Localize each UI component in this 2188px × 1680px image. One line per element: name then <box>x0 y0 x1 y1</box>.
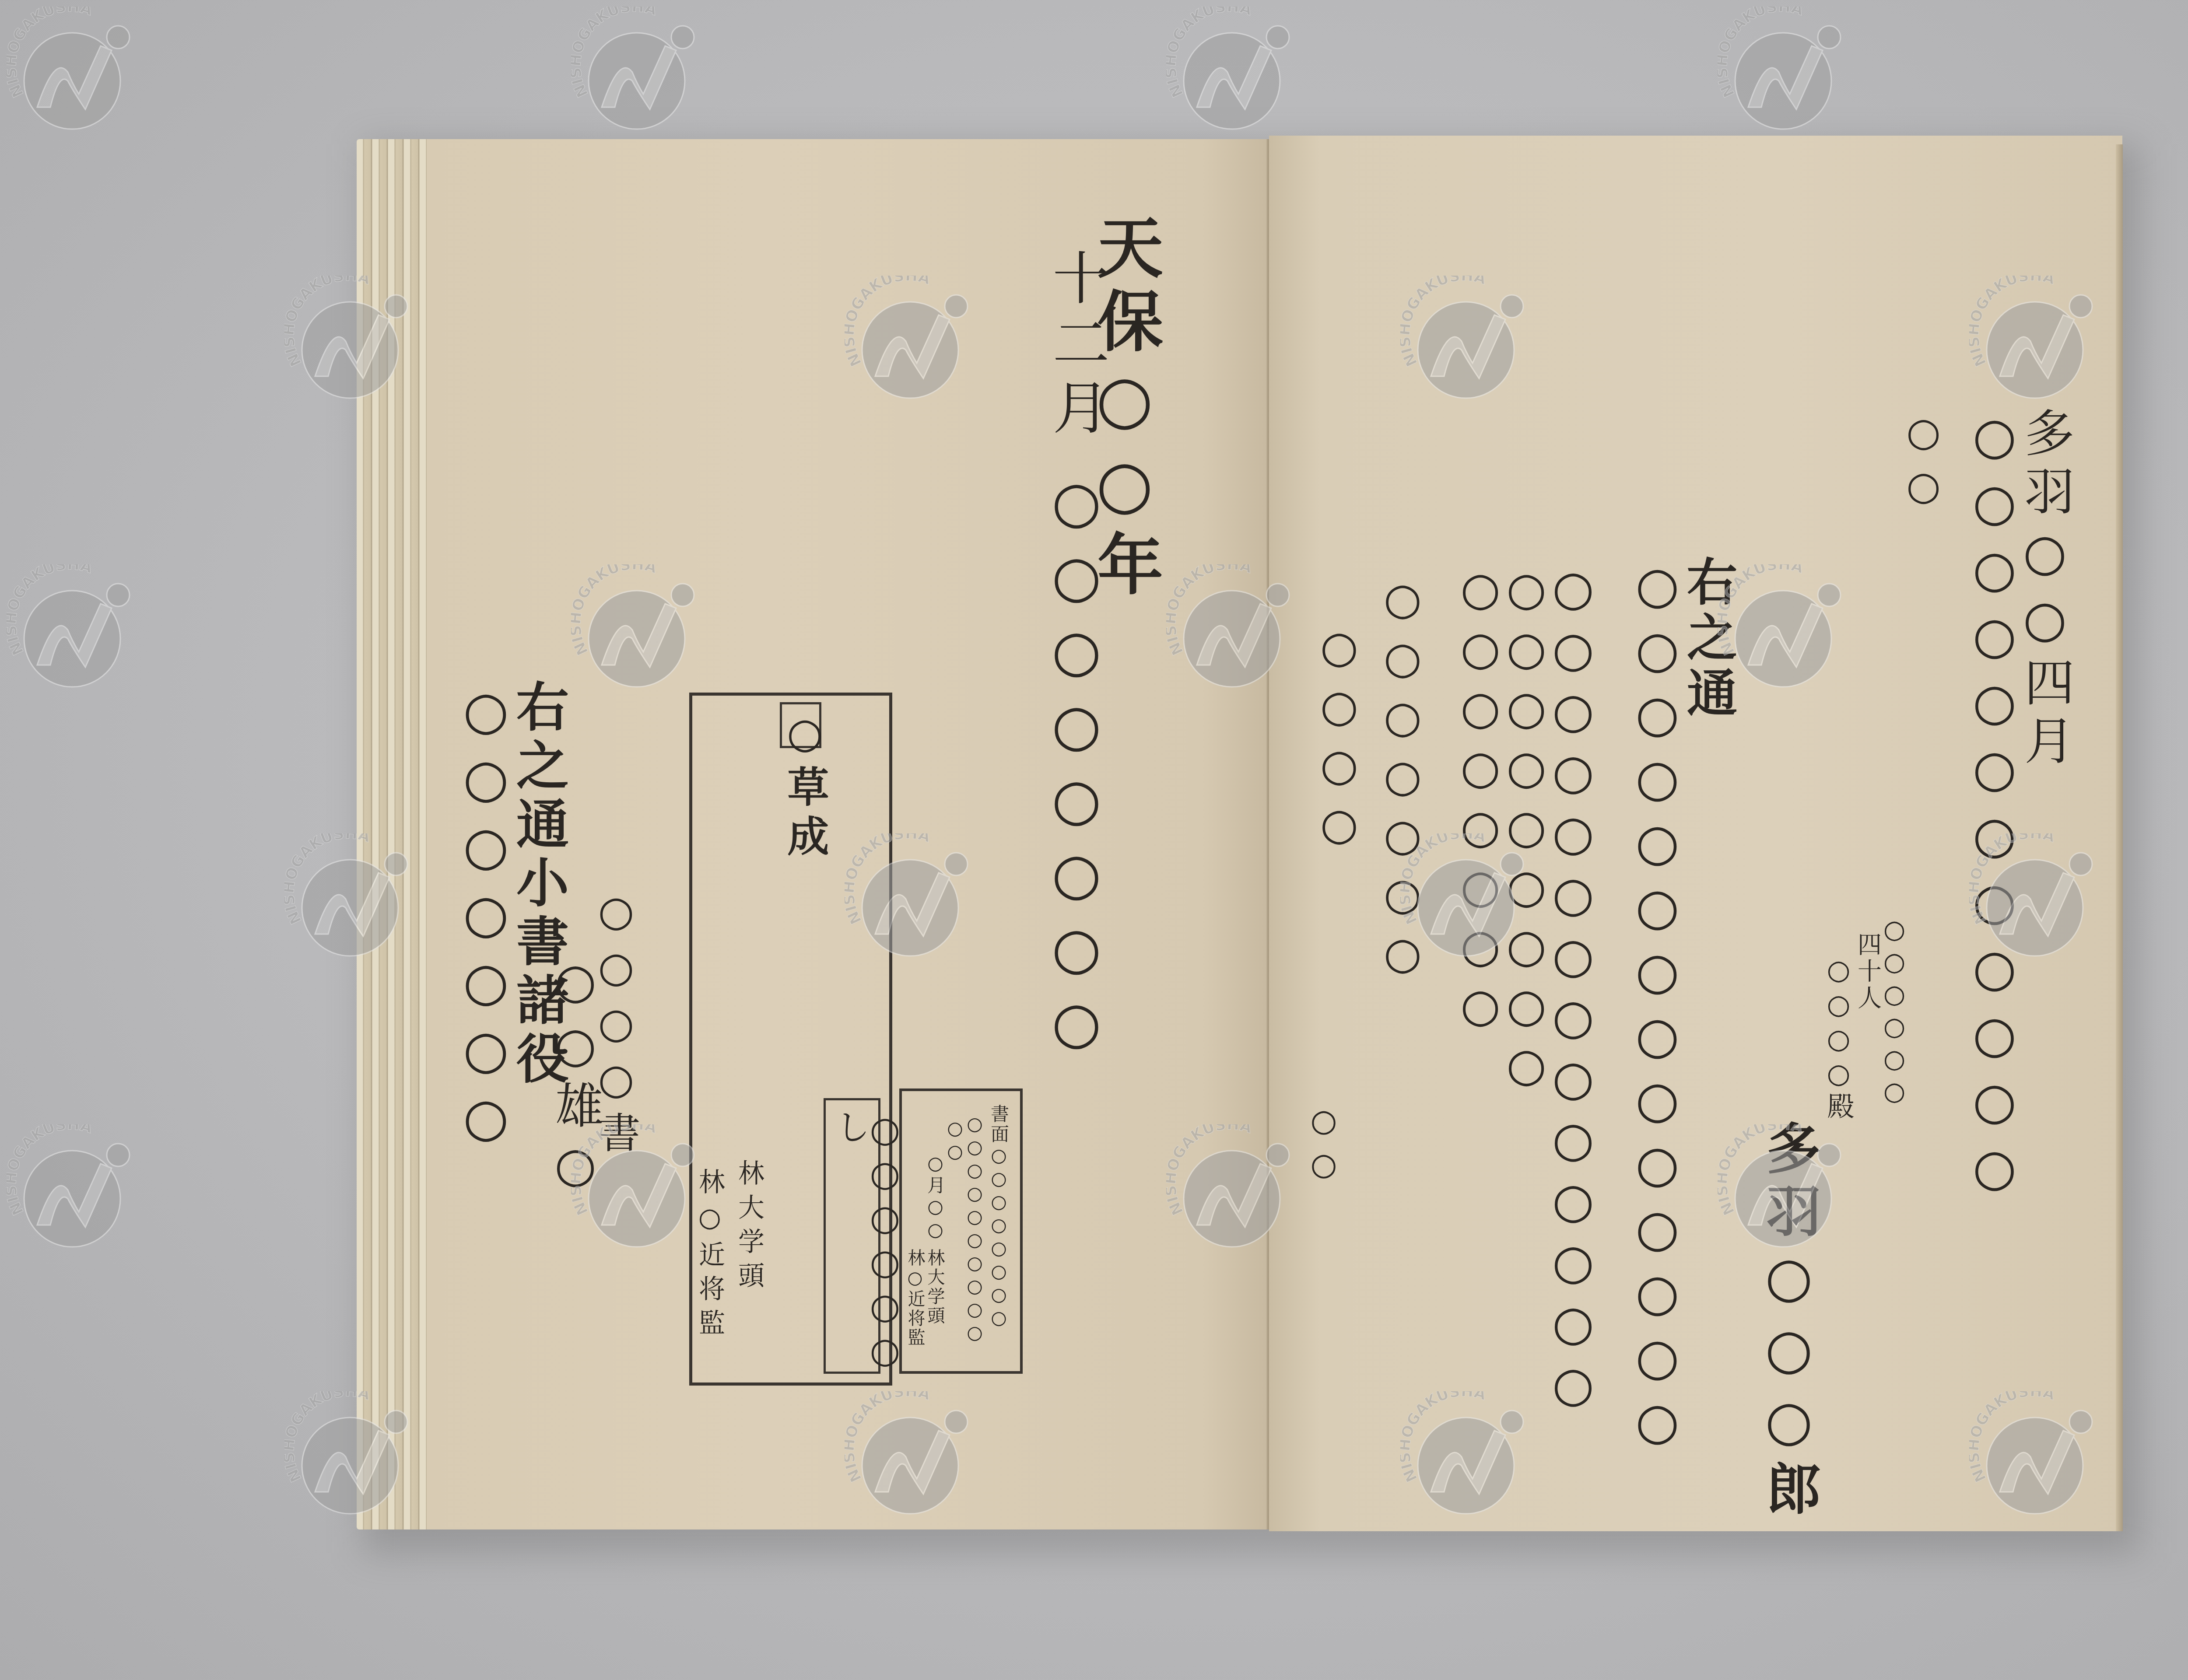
seal-inner-box: ○○○○○○し <box>824 1098 880 1374</box>
right-column-7: 右之通○○○○○○○○○○○○○○ <box>1632 556 1733 1531</box>
right-page: 多羽○○四月○○○○○○○○○○○○ ○○ ○○○○○○ 四十人 ○○○○殿 多… <box>1269 136 2122 1531</box>
right-column-8: ○○○○○○○○○○○○○○ <box>1549 560 1597 1417</box>
signature-name-column: ○○雄○ <box>551 953 600 1200</box>
watermark-logo-icon <box>1166 7 1297 138</box>
note-box: 書面○○○○○○○○ ○○○○○○○○○○ ○○ ○月○○ 林大学頭 林○近将監 <box>899 1088 1023 1374</box>
note-line: ○○ <box>946 1117 964 1164</box>
sender-line-2: 四十人 <box>1855 932 1879 1012</box>
note-line: 書面○○○○○○○○ <box>989 1104 1008 1330</box>
seal-box-title: ○草成 <box>784 709 826 864</box>
note-line: ○月○○ <box>926 1152 944 1242</box>
seal-inner-label: ○○○○○○し <box>832 1109 902 1374</box>
seal-box: ○草成 ○○○○○○し 林大学頭 林○近将監 <box>689 693 892 1386</box>
watermark-logo-icon <box>571 7 702 138</box>
note-line: 林大学頭 <box>926 1249 943 1326</box>
sender-line-1: ○○○○○○ <box>1882 914 1907 1109</box>
watermark-logo-icon <box>7 7 138 138</box>
watermark-logo-icon <box>7 1124 138 1256</box>
note-line: ○○○○○○○○○○ <box>965 1113 984 1345</box>
seal-signature-2: 林○近将監 <box>697 1168 723 1343</box>
sender-line-3: ○○○○殿 <box>1825 954 1852 1122</box>
watermark-logo-icon <box>1718 7 1849 138</box>
page-edges <box>357 139 431 1529</box>
right-column-2: ○○ <box>1904 409 1943 517</box>
right-column-12: ○○ <box>1308 1102 1339 1190</box>
seal-signature-1: 林大学頭 <box>736 1159 762 1296</box>
left-page: 天保○○年 十二月 ○○○○○○○○ ○草成 ○○○○○○し 林大学頭 林○近将… <box>427 139 1269 1529</box>
right-column-1: 多羽○○四月○○○○○○○○○○○○ <box>1969 407 2070 1531</box>
right-column-10: ○○○○○○○ <box>1381 573 1424 987</box>
sender-name: 多羽○○○郎 <box>1761 1120 1816 1523</box>
right-page-edge <box>2116 144 2123 1531</box>
date-column: ○○○○ <box>1317 621 1361 857</box>
watermark-logo-icon <box>7 564 138 696</box>
note-line: 林○近将監 <box>906 1249 924 1347</box>
right-column-9: ○○○○○○○○○ ○○○○○○○○ <box>1457 562 1549 1531</box>
date-month-column: 十二月 ○○○○○○○○ <box>1048 248 1105 1064</box>
